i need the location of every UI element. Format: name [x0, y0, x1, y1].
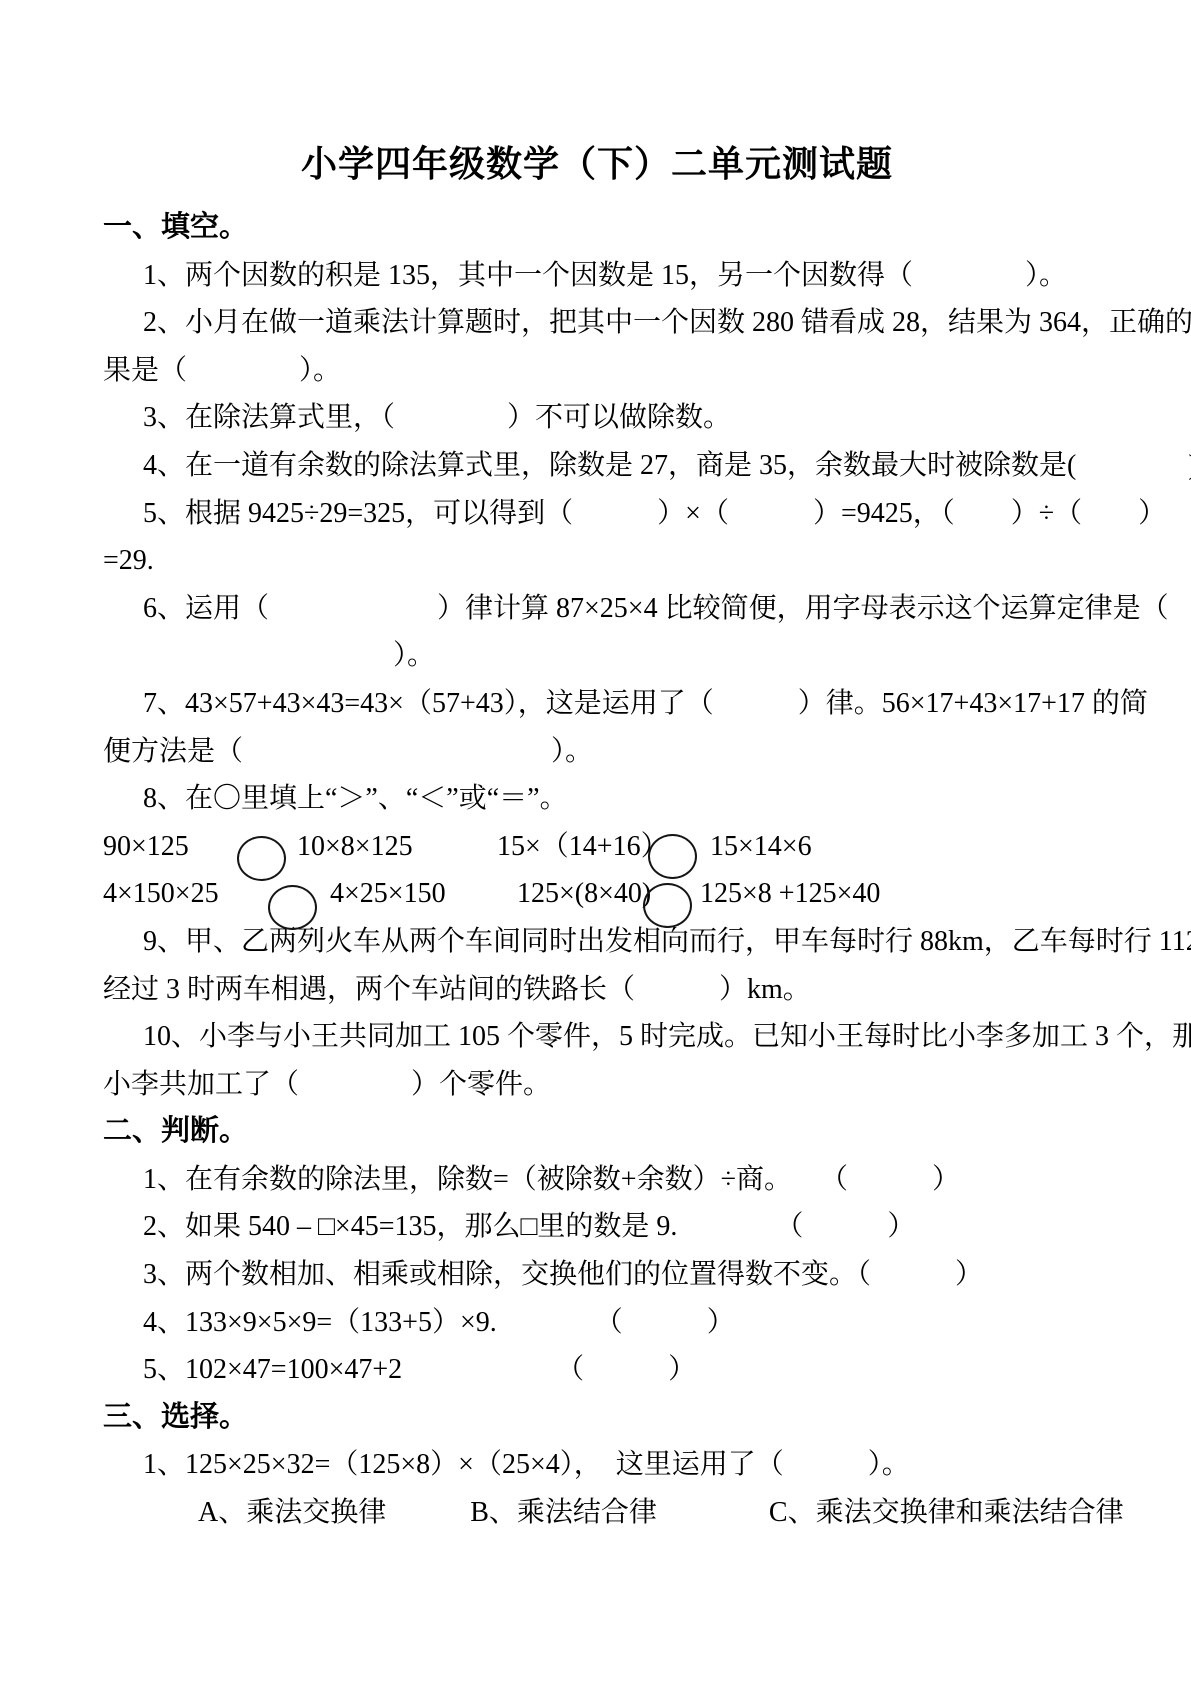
judge-item-4: 4、133×9×5×9=（133+5）×9. （ ）: [103, 1299, 1091, 1347]
section-header-fill: 一、填空。: [103, 204, 1091, 252]
comparison-circle: [643, 883, 692, 928]
fill-item-10-line-1: 10、小李与小王共同加工 105 个零件，5 时完成。已知小王每时比小李多加工 …: [103, 1013, 1091, 1061]
expression: 125×8 +125×40: [700, 870, 880, 918]
fill-item-7-line-1: 7、43×57+43×43=43×（57+43），这是运用了（ ）律。56×17…: [103, 680, 1091, 728]
fill-item-9-line-1: 9、甲、乙两列火车从两个车间同时出发相向而行，甲车每时行 88km，乙车每时行 …: [103, 918, 1091, 966]
expression: 4×25×150: [330, 870, 446, 918]
fill-item-5-line-2: =29.: [103, 537, 1091, 585]
choice-item-1: 1、125×25×32=（125×8）×（25×4）， 这里运用了（ ）。: [103, 1441, 1091, 1489]
fill-item-9-line-2: 经过 3 时两车相遇，两个车站间的铁路长（ ）km。: [103, 966, 1091, 1014]
expression: 125×(8×40): [517, 870, 651, 918]
comparison-circle: [268, 885, 317, 930]
fill-item-6-line-1: 6、运用（ ）律计算 87×25×4 比较简便，用字母表示这个运算定律是（: [103, 585, 1091, 633]
judge-item-5: 5、102×47=100×47+2 （ ）: [103, 1346, 1091, 1394]
judge-item-1: 1、在有余数的除法里，除数=（被除数+余数）÷商。 （ ）: [103, 1156, 1091, 1204]
comparison-row-1: 90×125 10×8×125 15×（14+16） 15×14×6: [103, 823, 1091, 871]
fill-item-5-line-1: 5、根据 9425÷29=325，可以得到（ ）×（ ）=9425，（ ）÷（ …: [103, 490, 1091, 538]
fill-item-1: 1、两个因数的积是 135，其中一个因数是 15，另一个因数得（ ）。: [103, 252, 1091, 300]
judge-item-2: 2、如果 540 – □×45=135，那么□里的数是 9. （ ）: [103, 1203, 1091, 1251]
expression: 4×150×25: [103, 870, 219, 918]
worksheet-page: 小学四年级数学（下）二单元测试题 一、填空。 1、两个因数的积是 135，其中一…: [0, 0, 1191, 1684]
expression: 15×（14+16）: [497, 823, 669, 871]
fill-item-4: 4、在一道有余数的除法算式里，除数是 27，商是 35，余数最大时被除数是( )…: [103, 442, 1091, 490]
fill-item-8: 8、在〇里填上“＞”、“＜”或“＝”。: [103, 775, 1091, 823]
section-header-choice: 三、选择。: [103, 1394, 1091, 1442]
comparison-circle: [237, 836, 286, 881]
section-header-judge: 二、判断。: [103, 1108, 1091, 1156]
fill-item-10-line-2: 小李共加工了（ ）个零件。: [103, 1061, 1091, 1109]
expression: 15×14×6: [710, 823, 812, 871]
expression: 10×8×125: [297, 823, 413, 871]
fill-item-6-line-2: ）。: [103, 632, 1091, 680]
judge-item-3: 3、两个数相加、相乘或相除，交换他们的位置得数不变。（ ）: [103, 1251, 1091, 1299]
choice-item-1-options: A、乘法交换律 B、乘法结合律 C、乘法交换律和乘法结合律: [103, 1489, 1091, 1537]
fill-item-7-line-2: 便方法是（ ）。: [103, 728, 1091, 776]
fill-item-2-line-1: 2、小月在做一道乘法计算题时，把其中一个因数 280 错看成 28，结果为 36…: [103, 299, 1091, 347]
fill-item-2-line-2: 果是（ ）。: [103, 347, 1091, 395]
page-title: 小学四年级数学（下）二单元测试题: [103, 138, 1091, 190]
fill-item-3: 3、在除法算式里，（ ）不可以做除数。: [103, 394, 1091, 442]
expression: 90×125: [103, 823, 189, 871]
comparison-circle: [648, 834, 697, 879]
